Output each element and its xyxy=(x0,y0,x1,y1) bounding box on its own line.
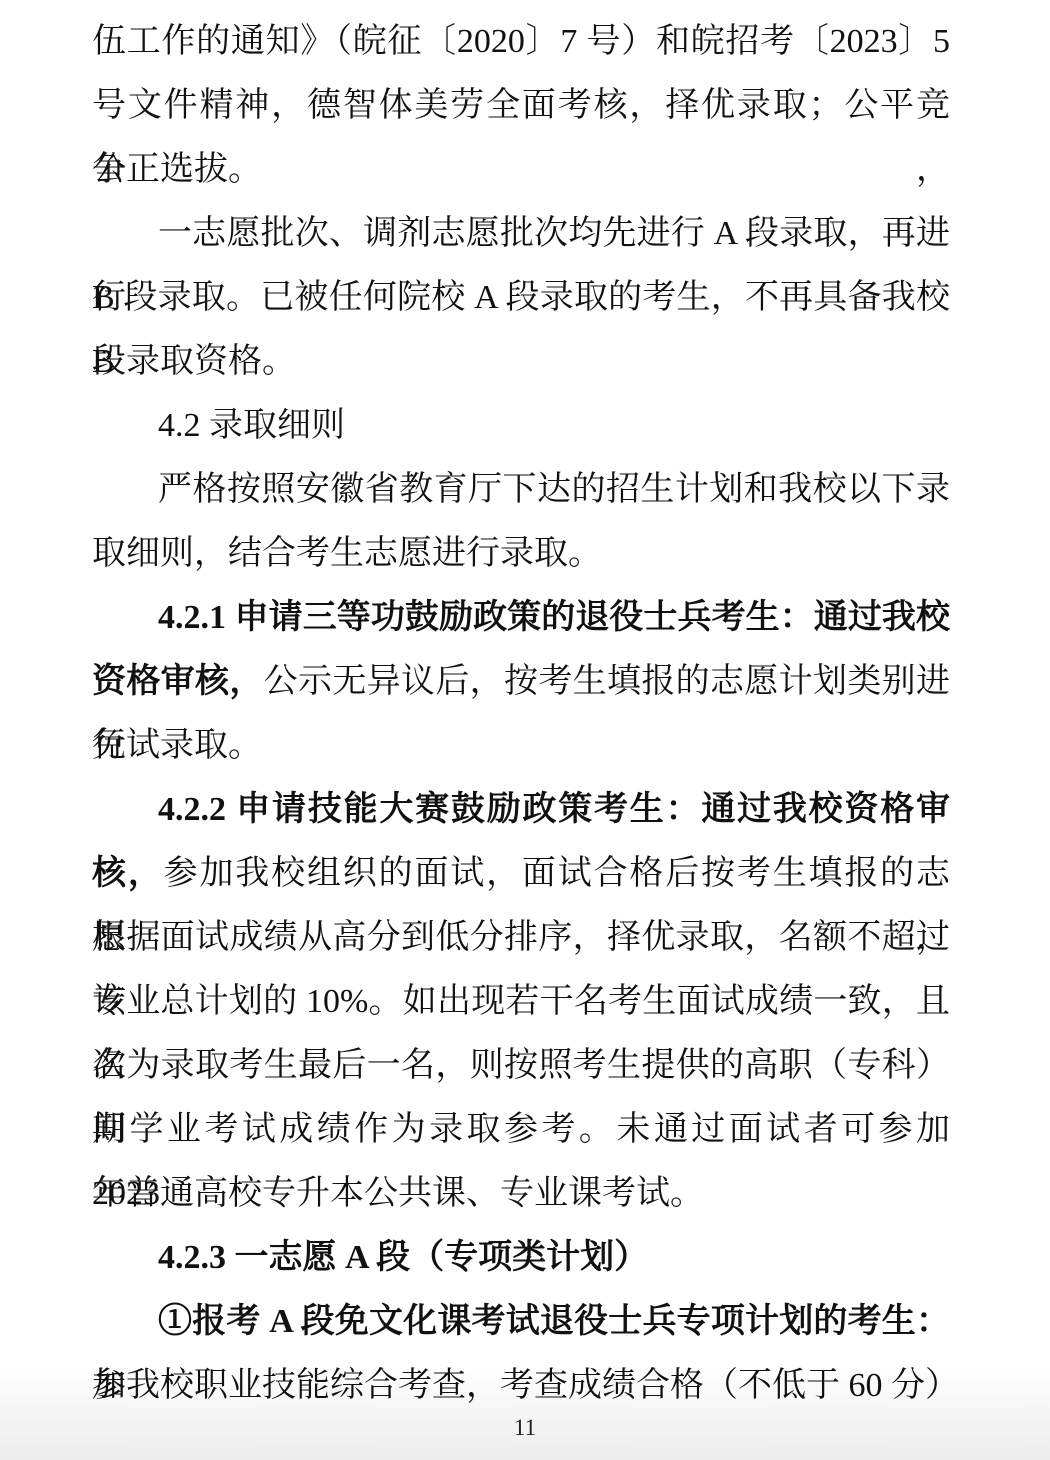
text-line: 年普通高校专升本公共课、专业课考试。 xyxy=(92,1162,950,1226)
text-line: 取细则，结合考生志愿进行录取。 xyxy=(92,522,950,586)
text-line: 一志愿批次、调剂志愿批次均先进行 A 段录取，再进行 xyxy=(92,202,950,266)
bold-text-run: 核， xyxy=(92,855,164,892)
section-heading-4-2-2: 4.2.2 申请技能大赛鼓励政策考生：通过我校资格审 xyxy=(92,778,950,842)
text-run: 公正选拔。 xyxy=(92,151,262,188)
text-line: 核，参加我校组织的面试，面试合格后按考生填报的志愿， xyxy=(92,842,950,906)
text-line: B 段录取。已被任何院校 A 段录取的考生，不再具备我校 B xyxy=(92,266,950,330)
text-run: 段录取资格。 xyxy=(92,343,296,380)
section-heading-4-2-3: 4.2.3 一志愿 A 段（专项类计划） xyxy=(92,1226,950,1290)
text-run: 严格按照安徽省教育厅下达的招生计划和我校以下录 xyxy=(158,471,950,508)
document-page: 伍工作的通知》（皖征〔2020〕7 号）和皖招考〔2023〕5 号文件精神，德智… xyxy=(0,0,1050,1460)
bold-text-run: 4.2.3 一志愿 A 段（专项类计划） xyxy=(158,1239,648,1276)
text-run: 免试录取。 xyxy=(92,727,262,764)
text-line: 次为录取考生最后一名，则按照考生提供的高职（专科）期 xyxy=(92,1034,950,1098)
text-line: 资格审核，公示无异议后，按考生填报的志愿计划类别进行 xyxy=(92,650,950,714)
text-line: ①报考 A 段免文化课考试退役士兵专项计划的考生：参 xyxy=(92,1290,950,1354)
text-line: 免试录取。 xyxy=(92,714,950,778)
text-line: 间学业考试成绩作为录取参考。未通过面试者可参加 2023 xyxy=(92,1098,950,1162)
text-line: 专业总计划的 10%。如出现若干名考生面试成绩一致，且名 xyxy=(92,970,950,1034)
document-body: 伍工作的通知》（皖征〔2020〕7 号）和皖招考〔2023〕5 号文件精神，德智… xyxy=(92,10,950,1418)
page-number: 11 xyxy=(0,1415,1050,1441)
bold-text-run: 4.2.2 申请技能大赛鼓励政策考生：通过我校资格审 xyxy=(158,791,950,828)
bold-text-run: 资格审核， xyxy=(92,663,264,700)
text-line: 伍工作的通知》（皖征〔2020〕7 号）和皖招考〔2023〕5 xyxy=(92,10,950,74)
text-run: 加我校职业技能综合考查，考查成绩合格（不低于 60 分） xyxy=(92,1367,959,1404)
text-line: 加我校职业技能综合考查，考查成绩合格（不低于 60 分） xyxy=(92,1354,950,1418)
section-heading-4-2: 4.2 录取细则 xyxy=(92,394,950,458)
text-line: 号文件精神，德智体美劳全面考核，择优录取；公平竞争， xyxy=(92,74,950,138)
text-run: 4.2 录取细则 xyxy=(158,407,345,444)
text-line: 段录取资格。 xyxy=(92,330,950,394)
text-run: 取细则，结合考生志愿进行录取。 xyxy=(92,535,602,572)
bold-text-run: 4.2.1 申请三等功鼓励政策的退役士兵考生：通过我校 xyxy=(158,599,950,636)
text-line: 严格按照安徽省教育厅下达的招生计划和我校以下录 xyxy=(92,458,950,522)
bold-text-run: ①报考 A 段免文化课考试退役士兵专项计划的考生： xyxy=(158,1303,950,1340)
text-run: 伍工作的通知》（皖征〔2020〕7 号）和皖招考〔2023〕5 xyxy=(92,23,950,60)
text-line: 根据面试成绩从高分到低分排序，择优录取，名额不超过该 xyxy=(92,906,950,970)
section-heading-4-2-1: 4.2.1 申请三等功鼓励政策的退役士兵考生：通过我校 xyxy=(92,586,950,650)
text-run: 年普通高校专升本公共课、专业课考试。 xyxy=(92,1175,704,1212)
